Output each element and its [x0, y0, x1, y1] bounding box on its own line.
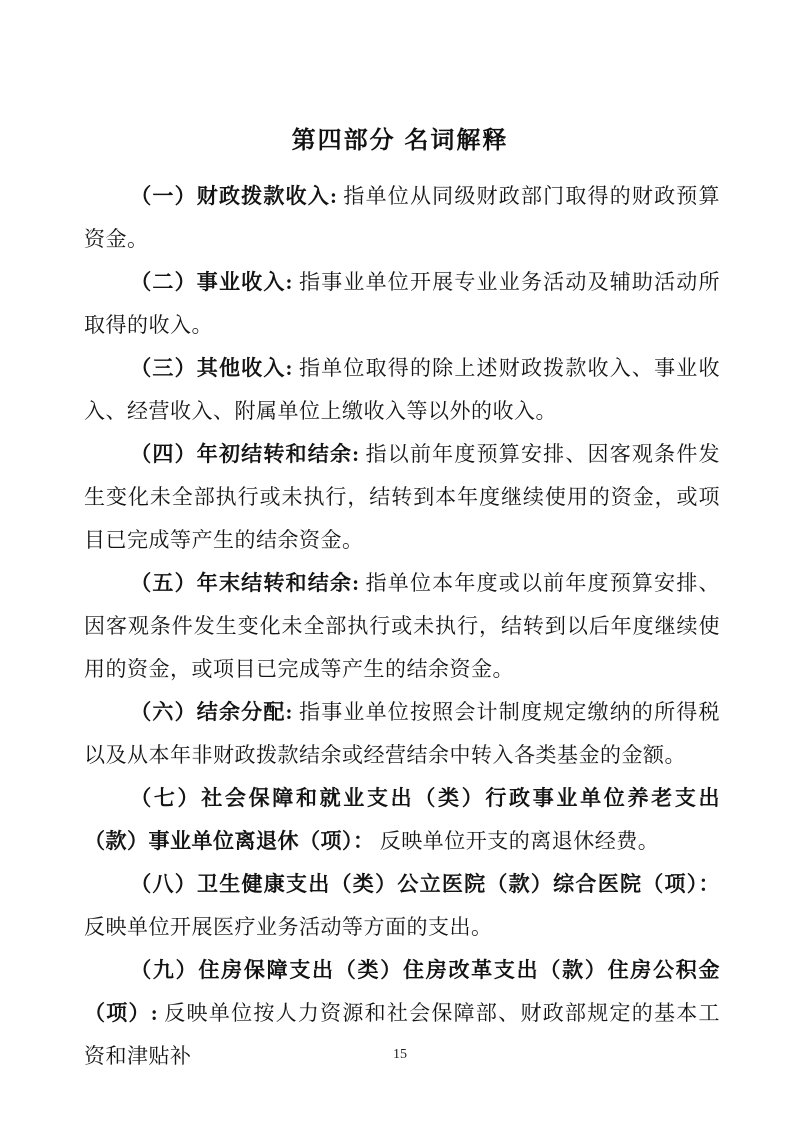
term-label: （三）其他收入: — [130, 356, 293, 380]
term-paragraph: （六）结余分配: 指事业单位按照会计制度规定缴纳的所得税以及从本年非财政拨款结余… — [84, 691, 720, 777]
term-definition: 反映单位开支的离退休经费。 — [380, 829, 660, 853]
term-definition: 反映单位开展医疗业务活动等方面的支出。 — [84, 915, 493, 939]
term-paragraph: （一）财政拨款收入: 指单位从同级财政部门取得的财政预算资金。 — [84, 175, 720, 261]
term-paragraph: （五）年末结转和结余: 指单位本年度或以前年度预算安排、因客观条件发生变化未全部… — [84, 562, 720, 691]
term-paragraph: （二）事业收入: 指事业单位开展专业业务活动及辅助活动所取得的收入。 — [84, 261, 720, 347]
term-label: （一）财政拨款收入: — [130, 184, 337, 208]
page-title: 第四部分 名词解释 — [0, 0, 800, 153]
page-number: 15 — [0, 1047, 800, 1063]
term-label: （八）卫生健康支出（类）公立医院（款）综合医院（项）： — [130, 872, 720, 896]
term-paragraph: （三）其他收入: 指单位取得的除上述财政拨款收入、事业收入、经营收入、附属单位上… — [84, 347, 720, 433]
term-label: （五）年末结转和结余: — [130, 571, 359, 595]
term-paragraph: （七）社会保障和就业支出（类）行政事业单位养老支出（款）事业单位离退休（项）： … — [84, 777, 720, 863]
term-label: （二）事业收入: — [130, 270, 293, 294]
term-label: （四）年初结转和结余: — [130, 442, 359, 466]
document-page: 第四部分 名词解释 （一）财政拨款收入: 指单位从同级财政部门取得的财政预算资金… — [0, 0, 800, 1131]
term-paragraph: （四）年初结转和结余: 指以前年度预算安排、因客观条件发生变化未全部执行或未执行… — [84, 433, 720, 562]
term-label: （六）结余分配: — [130, 700, 293, 724]
terms-list: （一）财政拨款收入: 指单位从同级财政部门取得的财政预算资金。 （二）事业收入:… — [84, 175, 720, 1078]
term-paragraph: （八）卫生健康支出（类）公立医院（款）综合医院（项）： 反映单位开展医疗业务活动… — [84, 863, 720, 949]
